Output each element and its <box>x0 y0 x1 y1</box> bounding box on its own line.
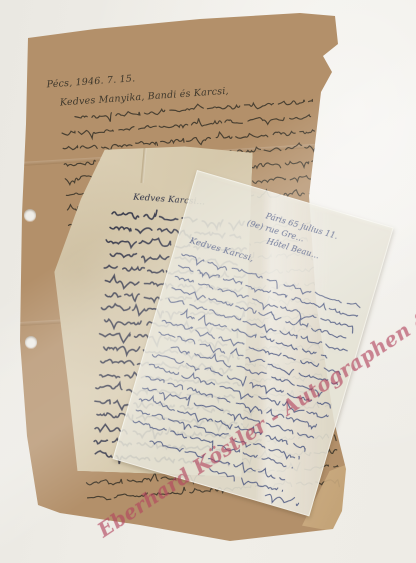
punch-hole <box>24 209 36 221</box>
photo-of-three-handwritten-letters: Pécs, 1946. 7. 15. Kedves Manyika, Bandi… <box>0 0 416 563</box>
brown-letter-dateline: Pécs, 1946. 7. 15. <box>45 73 135 90</box>
punch-hole <box>25 336 37 348</box>
brown-letter-salutation: Kedves Manyika, Bandi és Karcsi, <box>59 86 230 109</box>
front-letter-salutation: Kedves Karcsi, <box>187 236 255 265</box>
